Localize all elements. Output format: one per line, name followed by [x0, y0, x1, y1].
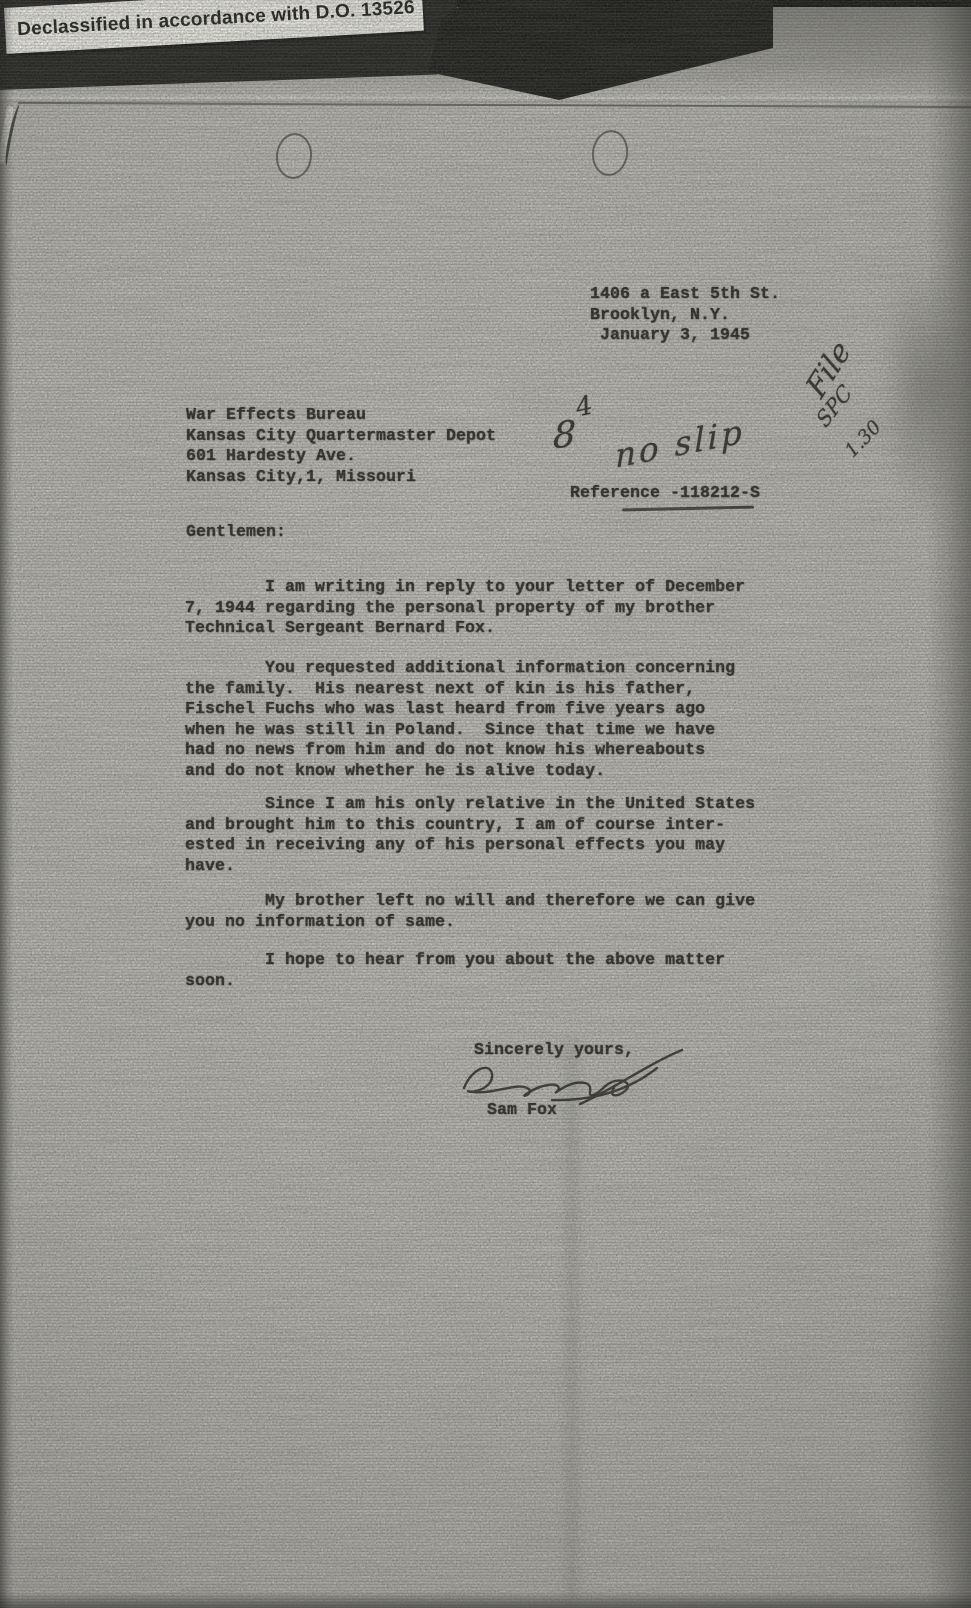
- handwritten-number: 1.30: [841, 416, 886, 462]
- hole-punch-left: [274, 131, 315, 181]
- scan-streak: [566, 1040, 578, 1600]
- handwritten-mark-8: 8: [552, 414, 576, 458]
- reference-line: Reference -118212-S: [570, 483, 760, 504]
- letter-paragraph-1: I am writing in reply to your letter of …: [185, 577, 745, 639]
- reference-underline: [622, 506, 754, 512]
- sender-address-block: 1406 a East 5th St. Brooklyn, N.Y. Janua…: [590, 284, 780, 346]
- scan-left-edge: [0, 0, 14, 1608]
- scan-right-edge: [927, 0, 971, 1608]
- paper-crease-line: [18, 102, 971, 108]
- scanned-letter-page: Declassified in accordance with D.O. 135…: [0, 0, 971, 1608]
- reference-number: -118212-S: [670, 483, 760, 504]
- handwritten-note: no slip: [615, 411, 745, 476]
- handwritten-signature: [452, 1048, 690, 1106]
- letter-paragraph-3: Since I am his only relative in the Unit…: [185, 794, 755, 876]
- salutation: Gentlemen:: [186, 522, 286, 543]
- reference-label: Reference: [570, 483, 670, 502]
- hole-punch-right: [589, 128, 631, 179]
- scan-bottom-edge: [0, 1592, 971, 1608]
- recipient-address-block: War Effects Bureau Kansas City Quarterma…: [186, 405, 496, 487]
- letter-paragraph-5: I hope to hear from you about the above …: [185, 950, 725, 991]
- letter-paragraph-4: My brother left no will and therefore we…: [185, 891, 755, 932]
- letter-paragraph-2: You requested additional information con…: [185, 658, 735, 781]
